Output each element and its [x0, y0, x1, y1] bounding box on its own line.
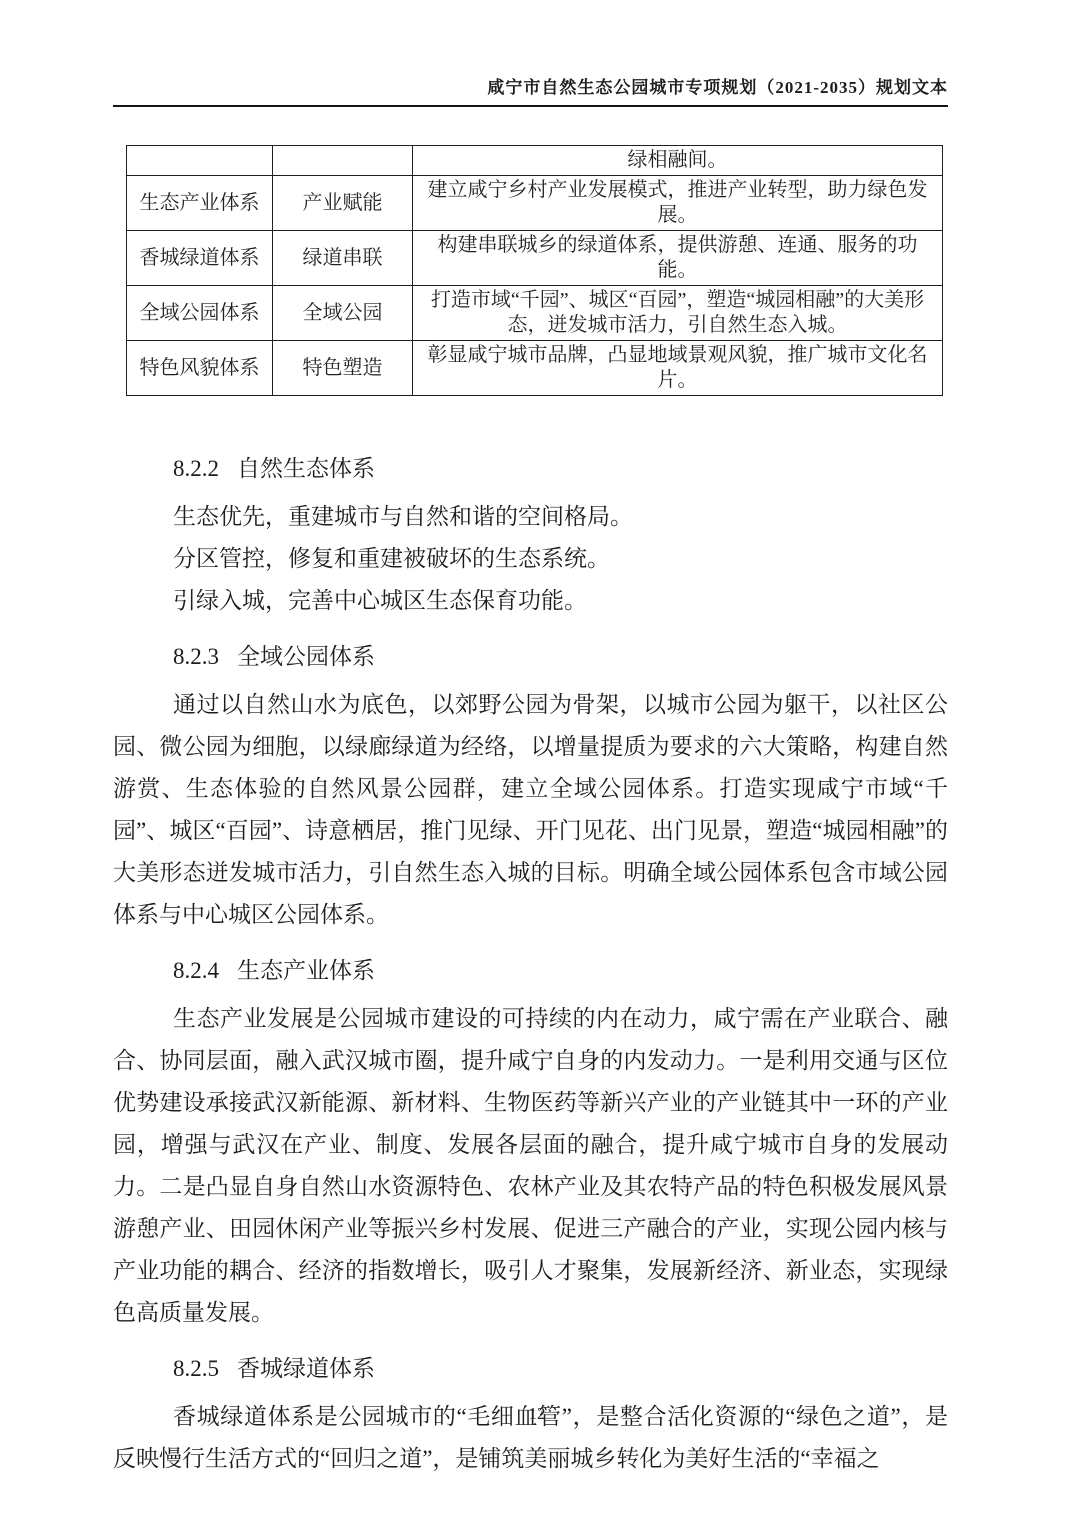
page-number: 12	[0, 1404, 1074, 1424]
table-row: 全域公园体系 全域公园 打造市域“千园”、城区“百园”，塑造“城园相融”的大美形…	[127, 286, 943, 341]
table-cell-strategy: 绿道串联	[273, 231, 413, 286]
table-cell-description: 绿相融间。	[413, 146, 943, 176]
paragraph: 通过以自然山水为底色，以郊野公园为骨架，以城市公园为躯干，以社区公园、微公园为细…	[113, 684, 948, 936]
paragraph: 引绿入城，完善中心城区生态保育功能。	[113, 580, 948, 622]
paragraph: 生态优先，重建城市与自然和谐的空间格局。	[113, 496, 948, 538]
table-row: 生态产业体系 产业赋能 建立咸宁乡村产业发展模式，推进产业转型，助力绿色发展。	[127, 176, 943, 231]
section-number: 8.2.5	[173, 1356, 219, 1381]
table-cell-description: 构建串联城乡的绿道体系，提供游憩、连通、服务的功能。	[413, 231, 943, 286]
table-cell-strategy: 产业赋能	[273, 176, 413, 231]
section-title: 全域公园体系	[237, 644, 375, 669]
table-cell-system: 全域公园体系	[127, 286, 273, 341]
section-number: 8.2.3	[173, 644, 219, 669]
table-cell-description: 建立咸宁乡村产业发展模式，推进产业转型，助力绿色发展。	[413, 176, 943, 231]
table-cell-strategy: 全域公园	[273, 286, 413, 341]
document-page: 咸宁市自然生态公园城市专项规划（2021-2035）规划文本 绿相融间。 生态产…	[0, 0, 1074, 1520]
paragraph: 生态产业发展是公园城市建设的可持续的内在动力，咸宁需在产业联合、融合、协同层面，…	[113, 998, 948, 1334]
section-8-2-3: 8.2.3全域公园体系 通过以自然山水为底色，以郊野公园为骨架，以城市公园为躯干…	[113, 636, 948, 936]
section-heading: 8.2.3全域公园体系	[113, 636, 948, 678]
table-cell-description: 彰显咸宁城市品牌，凸显地域景观风貌，推广城市文化名片。	[413, 341, 943, 396]
section-title: 生态产业体系	[237, 958, 375, 983]
table-cell-system: 香城绿道体系	[127, 231, 273, 286]
table-row: 绿相融间。	[127, 146, 943, 176]
section-8-2-2: 8.2.2自然生态体系 生态优先，重建城市与自然和谐的空间格局。 分区管控，修复…	[113, 448, 948, 622]
table-cell-strategy	[273, 146, 413, 176]
section-heading: 8.2.2自然生态体系	[113, 448, 948, 490]
strategy-table: 绿相融间。 生态产业体系 产业赋能 建立咸宁乡村产业发展模式，推进产业转型，助力…	[126, 145, 943, 396]
running-header-title: 咸宁市自然生态公园城市专项规划（2021-2035）规划文本	[487, 78, 948, 97]
table-cell-description: 打造市域“千园”、城区“百园”，塑造“城园相融”的大美形态，迸发城市活力，引自然…	[413, 286, 943, 341]
running-header: 咸宁市自然生态公园城市专项规划（2021-2035）规划文本	[113, 78, 948, 107]
section-title: 自然生态体系	[237, 456, 375, 481]
paragraph: 分区管控，修复和重建被破坏的生态系统。	[113, 538, 948, 580]
table-row: 香城绿道体系 绿道串联 构建串联城乡的绿道体系，提供游憩、连通、服务的功能。	[127, 231, 943, 286]
table-cell-system: 特色风貌体系	[127, 341, 273, 396]
section-8-2-4: 8.2.4生态产业体系 生态产业发展是公园城市建设的可持续的内在动力，咸宁需在产…	[113, 950, 948, 1334]
table-cell-strategy: 特色塑造	[273, 341, 413, 396]
section-number: 8.2.2	[173, 456, 219, 481]
section-title: 香城绿道体系	[237, 1356, 375, 1381]
table-row: 特色风貌体系 特色塑造 彰显咸宁城市品牌，凸显地域景观风貌，推广城市文化名片。	[127, 341, 943, 396]
table-cell-system	[127, 146, 273, 176]
section-number: 8.2.4	[173, 958, 219, 983]
section-heading: 8.2.5香城绿道体系	[113, 1348, 948, 1390]
table-cell-system: 生态产业体系	[127, 176, 273, 231]
section-heading: 8.2.4生态产业体系	[113, 950, 948, 992]
